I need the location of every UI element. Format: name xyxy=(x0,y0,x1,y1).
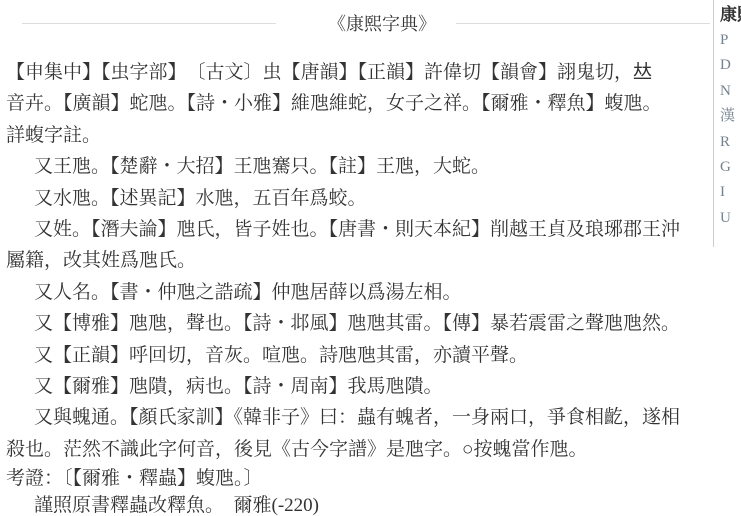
page-title: 《康熙字典》 xyxy=(328,10,436,36)
sidebar-header: 康熙字典 xyxy=(720,2,741,28)
entry-line: 【申集中】【虫字部】 〔古文〕虫【唐韻】【正韻】許偉切【韻會】詡鬼切，𠀤 xyxy=(6,57,740,88)
entry-line: 又【正韻】呼回切，音灰。喧虺。詩虺虺其雷，亦讀平聲。 xyxy=(6,340,740,371)
title-rule-right xyxy=(456,23,710,24)
sidebar-item[interactable]: R xyxy=(720,130,741,155)
entry-line: 又王虺。【楚辭・大招】王虺騫只。【註】王虺，大蛇。 xyxy=(6,151,740,182)
title-rule-left xyxy=(22,23,276,24)
entry-line: 又水虺。【述異記】水虺，五百年爲蛟。 xyxy=(6,183,740,214)
sidebar-item[interactable]: I xyxy=(720,180,741,205)
entry-line: 又人名。【書・仲虺之誥疏】仲虺居薛以爲湯左相。 xyxy=(6,277,740,308)
textual-criticism-section: 考證：〔【爾雅・釋蟲】蝮虺。〕 謹照原書釋蟲改釋魚。 爾雅(-220) xyxy=(6,465,740,516)
entry-line: 又【爾雅】虺隤，病也。【詩・周南】我馬虺隤。 xyxy=(6,371,740,402)
entry-line: 殺也。茫然不識此字何音，後見《古今字譜》是虺字。○按螝當作虺。 xyxy=(6,434,740,465)
entry-line: 考證：〔【爾雅・釋蟲】蝮虺。〕 xyxy=(6,465,740,492)
sidebar-item[interactable]: P xyxy=(720,28,741,53)
entry-line: 音卉。【廣韻】蛇虺。【詩・小雅】維虺維蛇，女子之祥。【爾雅・釋魚】蝮虺。 xyxy=(6,88,740,119)
entry-line: 又姓。【潛夫論】虺氏，皆子姓也。【唐書・則天本紀】削越王貞及琅琊郡王沖 xyxy=(6,214,740,245)
sidebar-item[interactable]: G xyxy=(720,155,741,180)
sidebar-item[interactable]: U xyxy=(720,206,741,231)
sidebar-item[interactable]: N xyxy=(720,79,741,104)
entry-line: 謹照原書釋蟲改釋魚。 爾雅(-220) xyxy=(6,492,740,516)
page-header: 《康熙字典》 xyxy=(22,10,710,36)
entry-line: 又【博雅】虺虺，聲也。【詩・邶風】虺虺其雷。【傳】暴若震雷之聲虺虺然。 xyxy=(6,308,740,339)
dictionary-entry-text: 【申集中】【虫字部】 〔古文〕虫【唐韻】【正韻】許偉切【韻會】詡鬼切，𠀤 音卉。… xyxy=(6,57,740,516)
sidebar-item[interactable]: D xyxy=(720,53,741,78)
entry-line: 又與螝通。【顏氏家訓】《韓非子》曰：蟲有螝者，一身兩口，爭食相齕，遂相 xyxy=(6,402,740,433)
sidebar-panel: 康熙字典 P D N 漢 R G I U xyxy=(713,0,741,247)
entry-line: 屬籍，改其姓爲虺氏。 xyxy=(6,245,740,276)
entry-line: 詳蝮字註。 xyxy=(6,120,740,151)
sidebar-item[interactable]: 漢 xyxy=(720,104,741,129)
